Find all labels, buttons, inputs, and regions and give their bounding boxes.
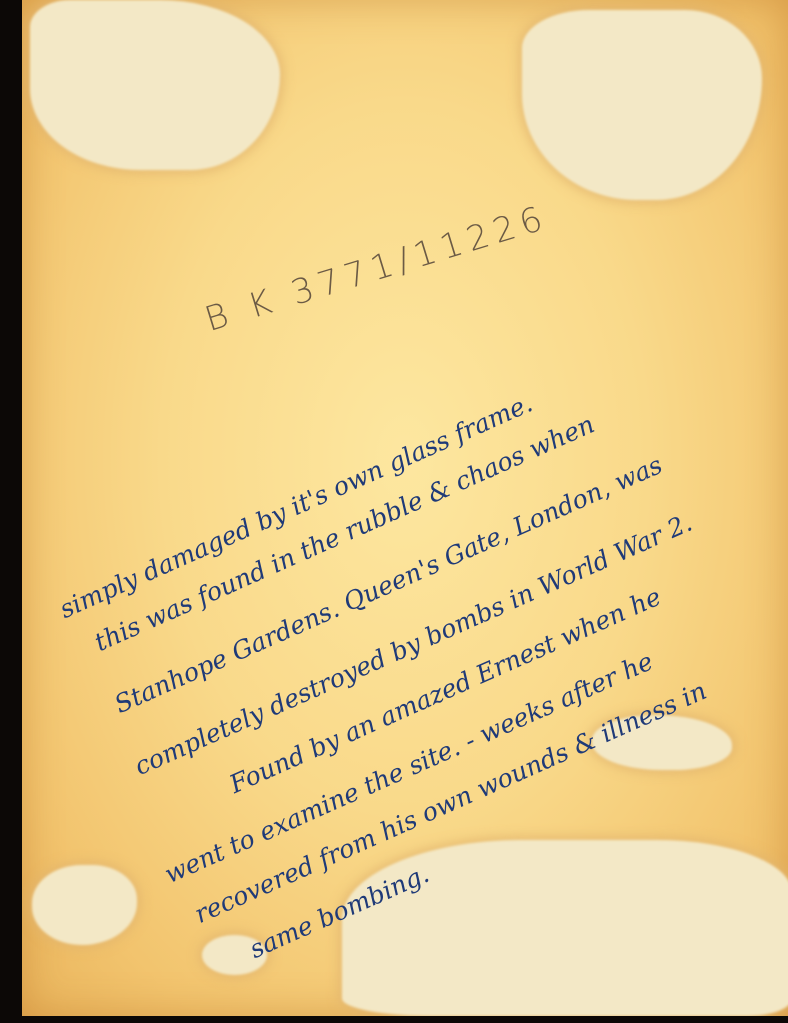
paper-damage-bottom-left — [32, 865, 137, 945]
paper-damage-top-right — [522, 10, 762, 200]
handwritten-line-1: simply damaged by it's own glass frame. — [55, 388, 537, 624]
paper-damage-top-left — [30, 0, 280, 170]
aged-paper-sheet: B K 3771/11226 simply damaged by it's ow… — [22, 0, 788, 1016]
pencil-reference-number: B K 3771/11226 — [200, 198, 552, 340]
